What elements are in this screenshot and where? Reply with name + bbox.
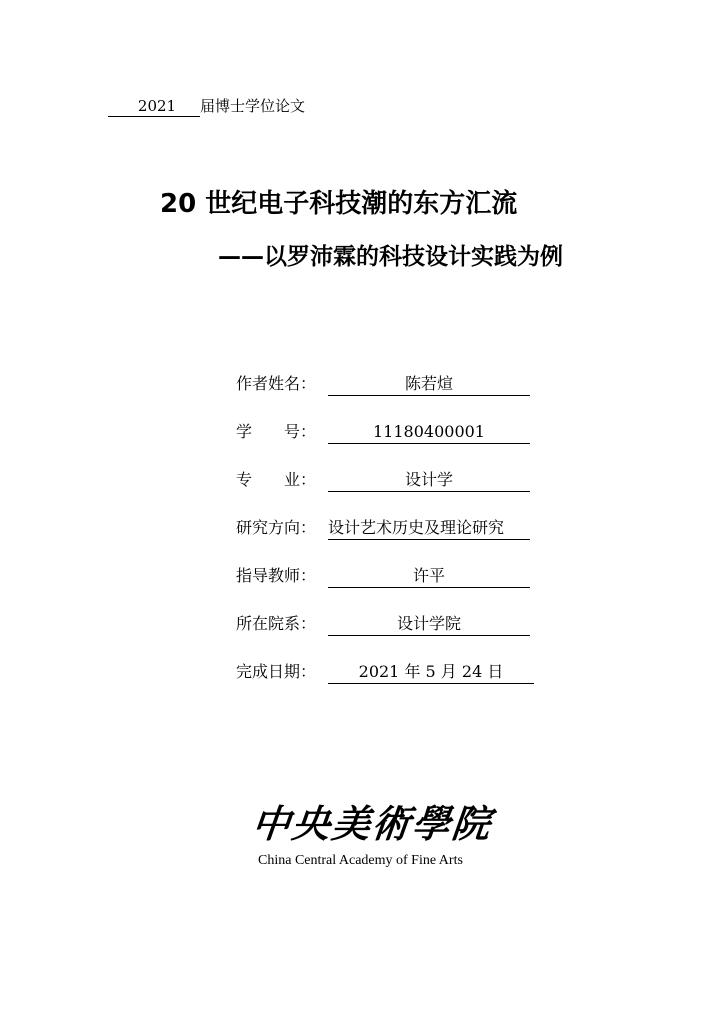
advisor-label: 指导教师： (236, 564, 328, 588)
author-value: 陈若煊 (328, 373, 530, 396)
major-row: 专 业： 设计学 (236, 468, 530, 492)
thesis-subtitle: ——以罗沛霖的科技设计实践为例 (218, 242, 563, 272)
thesis-title: 20 世纪电子科技潮的东方汇流 (160, 187, 517, 221)
student-id-label: 学 号： (236, 420, 328, 444)
author-label: 作者姓名： (236, 372, 328, 396)
completion-date-label: 完成日期： (236, 660, 328, 684)
student-id-row: 学 号： 11180400001 (236, 420, 530, 444)
completion-date-row: 完成日期： 2021 年 5 月 24 日 (236, 660, 534, 684)
graduation-year: 2021 (108, 96, 200, 117)
research-direction-label: 研究方向： (236, 516, 328, 540)
major-label: 专 业： (236, 468, 328, 492)
thesis-type: 届博士学位论文 (200, 96, 305, 116)
department-label: 所在院系： (236, 612, 328, 636)
research-direction-value: 设计艺术历史及理论研究 (328, 517, 530, 540)
department-row: 所在院系： 设计学院 (236, 612, 530, 636)
academy-logo: 中央美術學院 China Central Academy of Fine Art… (252, 800, 462, 870)
academy-logo-english: China Central Academy of Fine Arts (258, 852, 462, 870)
advisor-value: 许平 (328, 565, 530, 588)
thesis-header: 2021届博士学位论文 (108, 96, 305, 117)
department-value: 设计学院 (328, 613, 530, 636)
completion-date-value: 2021 年 5 月 24 日 (328, 661, 534, 684)
student-id-value: 11180400001 (328, 421, 530, 444)
author-row: 作者姓名： 陈若煊 (236, 372, 530, 396)
academy-logo-calligraphy: 中央美術學院 (249, 800, 464, 848)
advisor-row: 指导教师： 许平 (236, 564, 530, 588)
research-direction-row: 研究方向： 设计艺术历史及理论研究 (236, 516, 530, 540)
major-value: 设计学 (328, 469, 530, 492)
